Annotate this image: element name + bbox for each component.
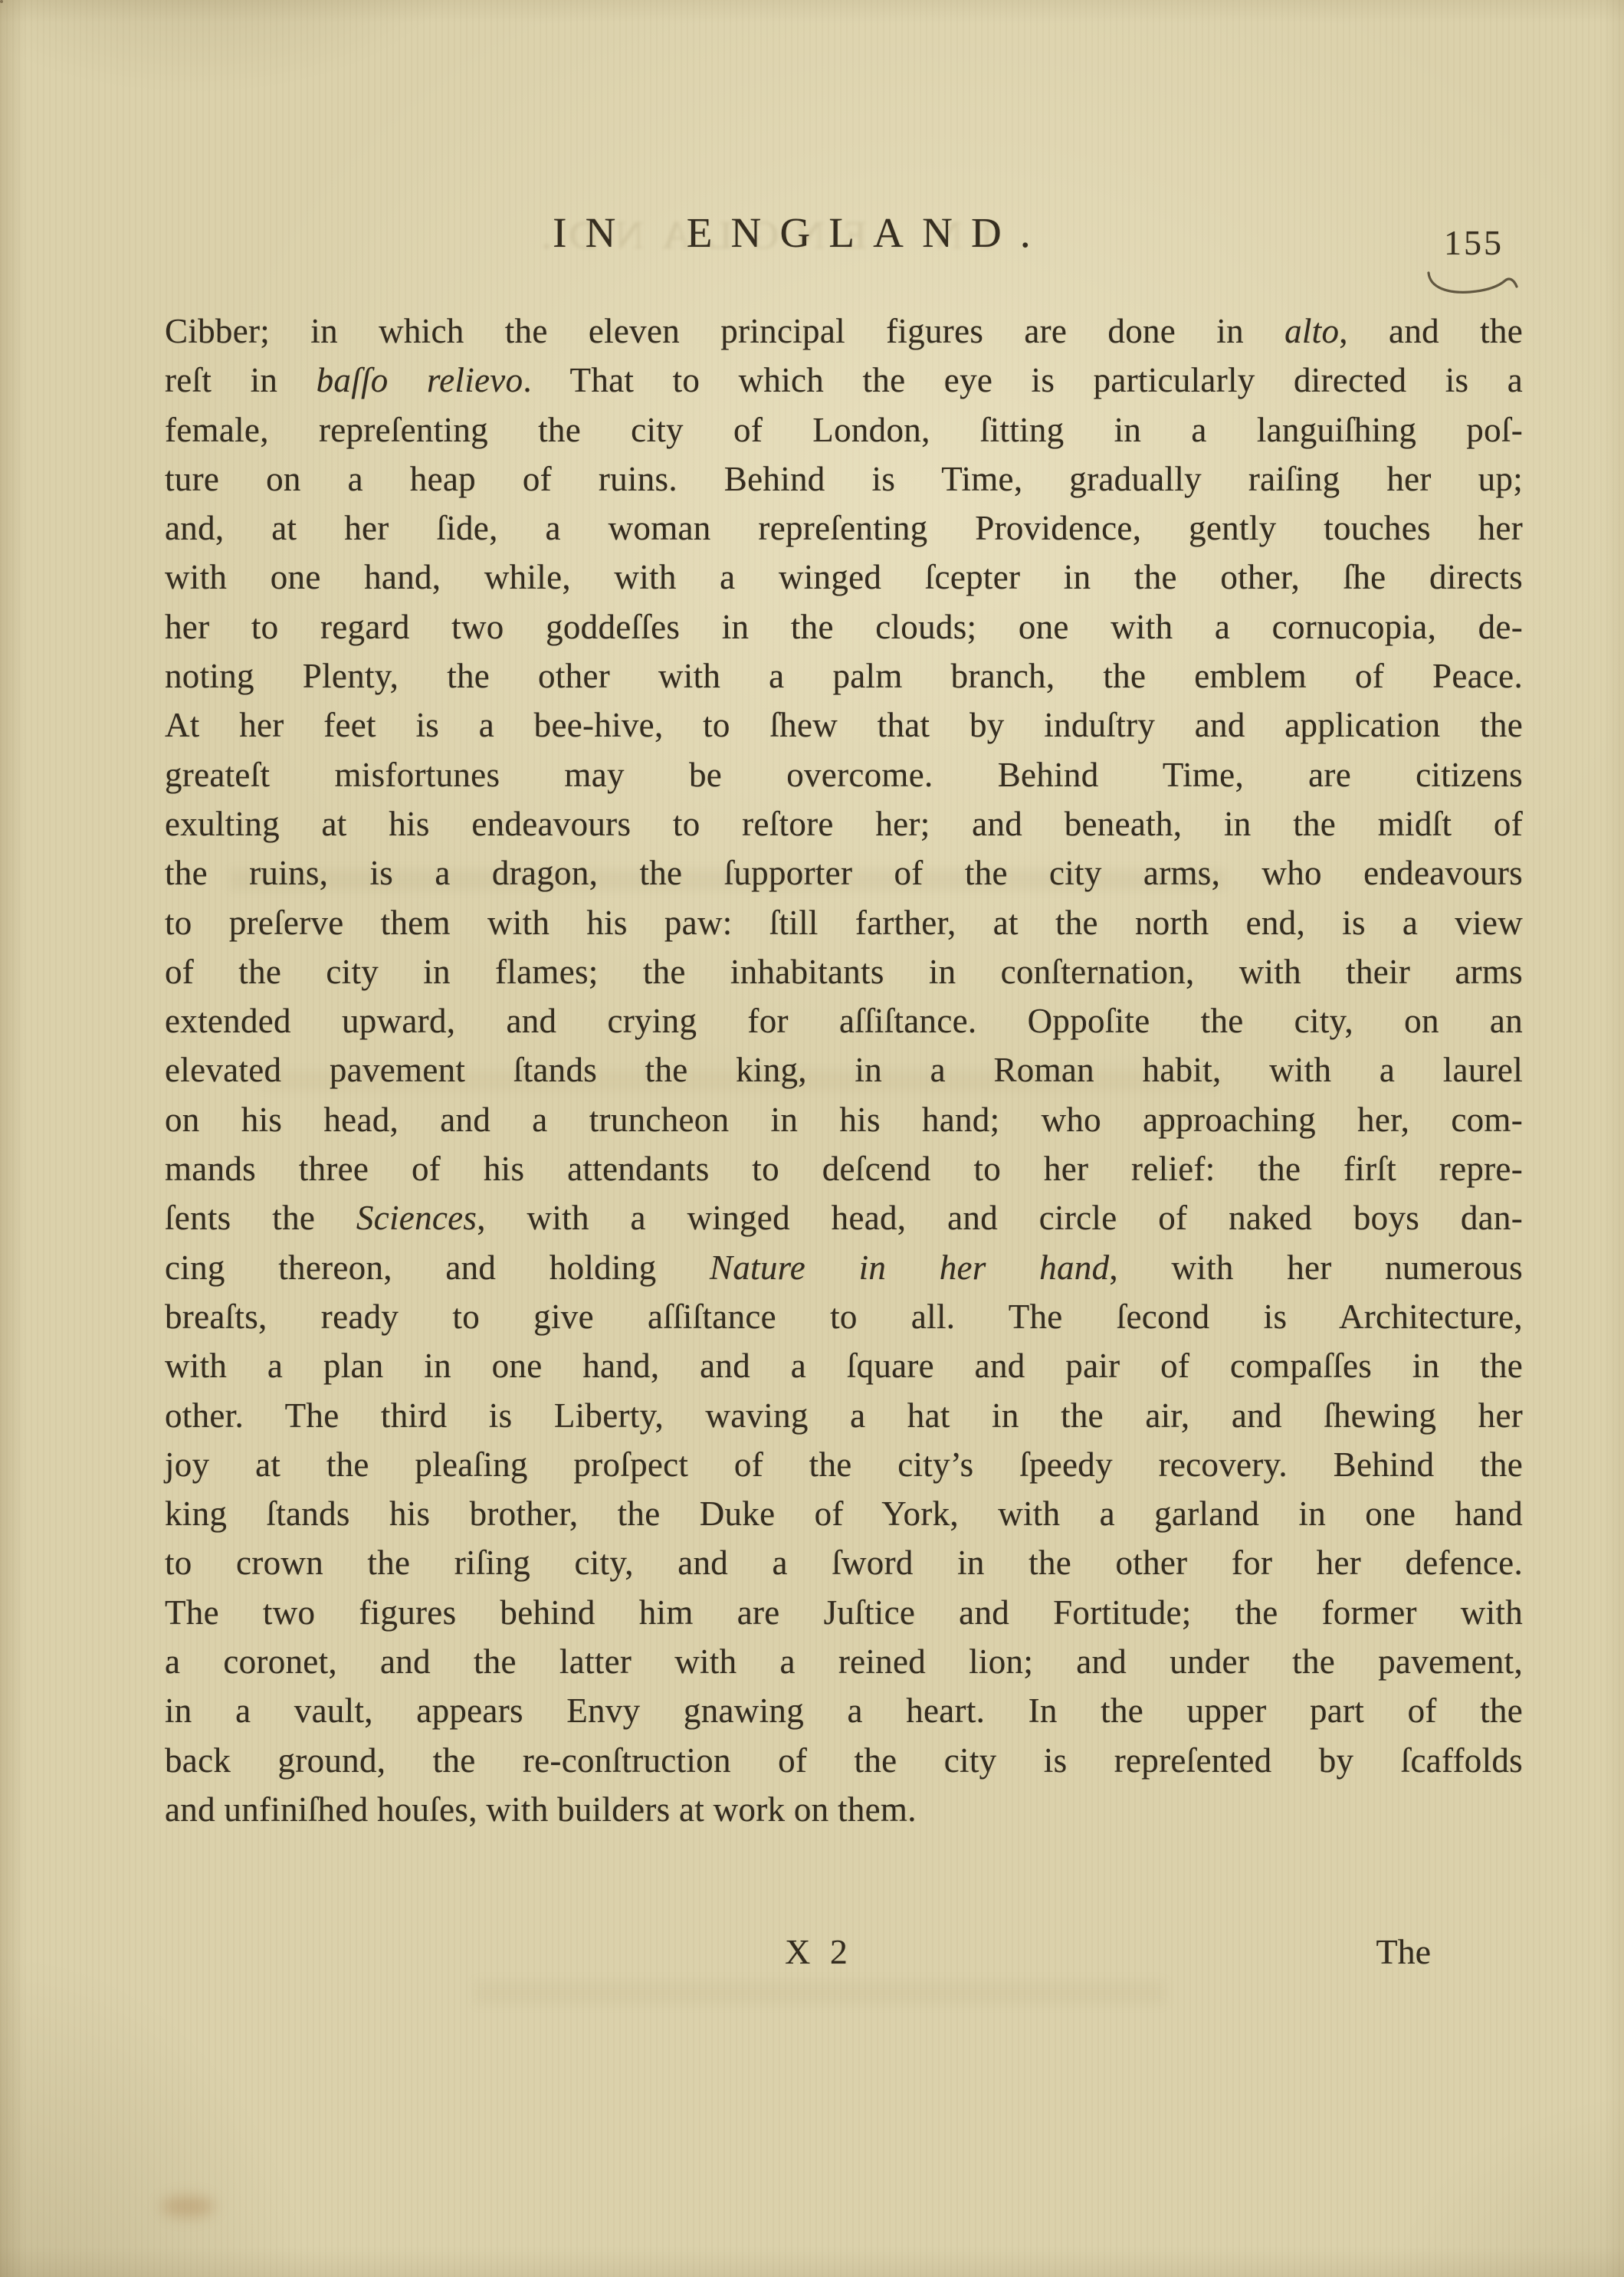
text-line: other. The third is Liberty, waving a ha… [165, 1391, 1523, 1440]
text-line: breaſts, ready to give aſſiſtance to all… [165, 1292, 1523, 1341]
page-number: 155 [1416, 222, 1531, 263]
text-line: extended upward, and crying for aſſiſtan… [165, 996, 1523, 1045]
text-line: of the city in flames; the inhabitants i… [165, 947, 1523, 996]
text-line: and, at her ſide, a woman repreſenting P… [165, 504, 1523, 553]
paper-specks [0, 0, 3, 3]
page-header: IN ENGLAND. IN ENGLAND. 155 [0, 208, 1624, 270]
text-line: Cibber; in which the eleven principal fi… [165, 307, 1523, 356]
text-line: in a vault, appears Envy gnawing a heart… [165, 1686, 1523, 1735]
paper-stain [161, 2196, 215, 2217]
text-line: a coronet, and the latter with a reined … [165, 1637, 1523, 1686]
text-line: her to regard two goddeſſes in the cloud… [165, 602, 1523, 651]
text-line: king ſtands his brother, the Duke of Yor… [165, 1489, 1523, 1538]
text-line: to crown the riſing city, and a ſword in… [165, 1538, 1523, 1587]
text-line: ture on a heap of ruins. Behind is Time,… [165, 454, 1523, 504]
text-line: with one hand, while, with a winged ſcep… [165, 553, 1523, 602]
text-line: greateſt misfortunes may be overcome. Be… [165, 750, 1523, 799]
text-line: back ground, the re-conſtruction of the … [165, 1736, 1523, 1785]
text-line: and unfiniſhed houſes, with builders at … [165, 1785, 1523, 1834]
text-line: female, repreſenting the city of London,… [165, 405, 1523, 454]
text-line: reſt in baſſo relievo. That to which the… [165, 356, 1523, 405]
text-line: joy at the pleaſing proſpect of the city… [165, 1440, 1523, 1489]
text-line: noting Plenty, the other with a palm bra… [165, 651, 1523, 700]
signature-row: X 2 The [165, 1931, 1523, 1985]
body-text: Cibber; in which the eleven principal fi… [165, 307, 1523, 1834]
text-line: on his head, and a truncheon in his hand… [165, 1095, 1523, 1144]
text-line: the ruins, is a dragon, the ſupporter of… [165, 848, 1523, 897]
text-line: mands three of his attendants to deſcend… [165, 1144, 1523, 1193]
running-title: IN ENGLAND. [0, 208, 1602, 257]
book-page: IN ENGLAND. IN ENGLAND. 155 Cibber; in w… [0, 0, 1624, 2277]
text-line: elevated pavement ſtands the king, in a … [165, 1045, 1523, 1094]
text-line: with a plan in one hand, and a ſquare an… [165, 1341, 1523, 1390]
text-line: ſents the Sciences, with a winged head, … [165, 1193, 1523, 1242]
text-line: The two figures behind him are Juſtice a… [165, 1588, 1523, 1637]
text-line: exulting at his endeavours to reſtore he… [165, 799, 1523, 848]
signature-mark: X 2 [165, 1931, 1468, 1972]
text-line: At her feet is a bee-hive, to ſhew that … [165, 700, 1523, 750]
text-line: to preſerve them with his paw: ſtill far… [165, 898, 1523, 947]
text-line: cing thereon, and holding Nature in her … [165, 1243, 1523, 1292]
catchword: The [1376, 1931, 1431, 1972]
page-number-swash [1422, 268, 1522, 302]
